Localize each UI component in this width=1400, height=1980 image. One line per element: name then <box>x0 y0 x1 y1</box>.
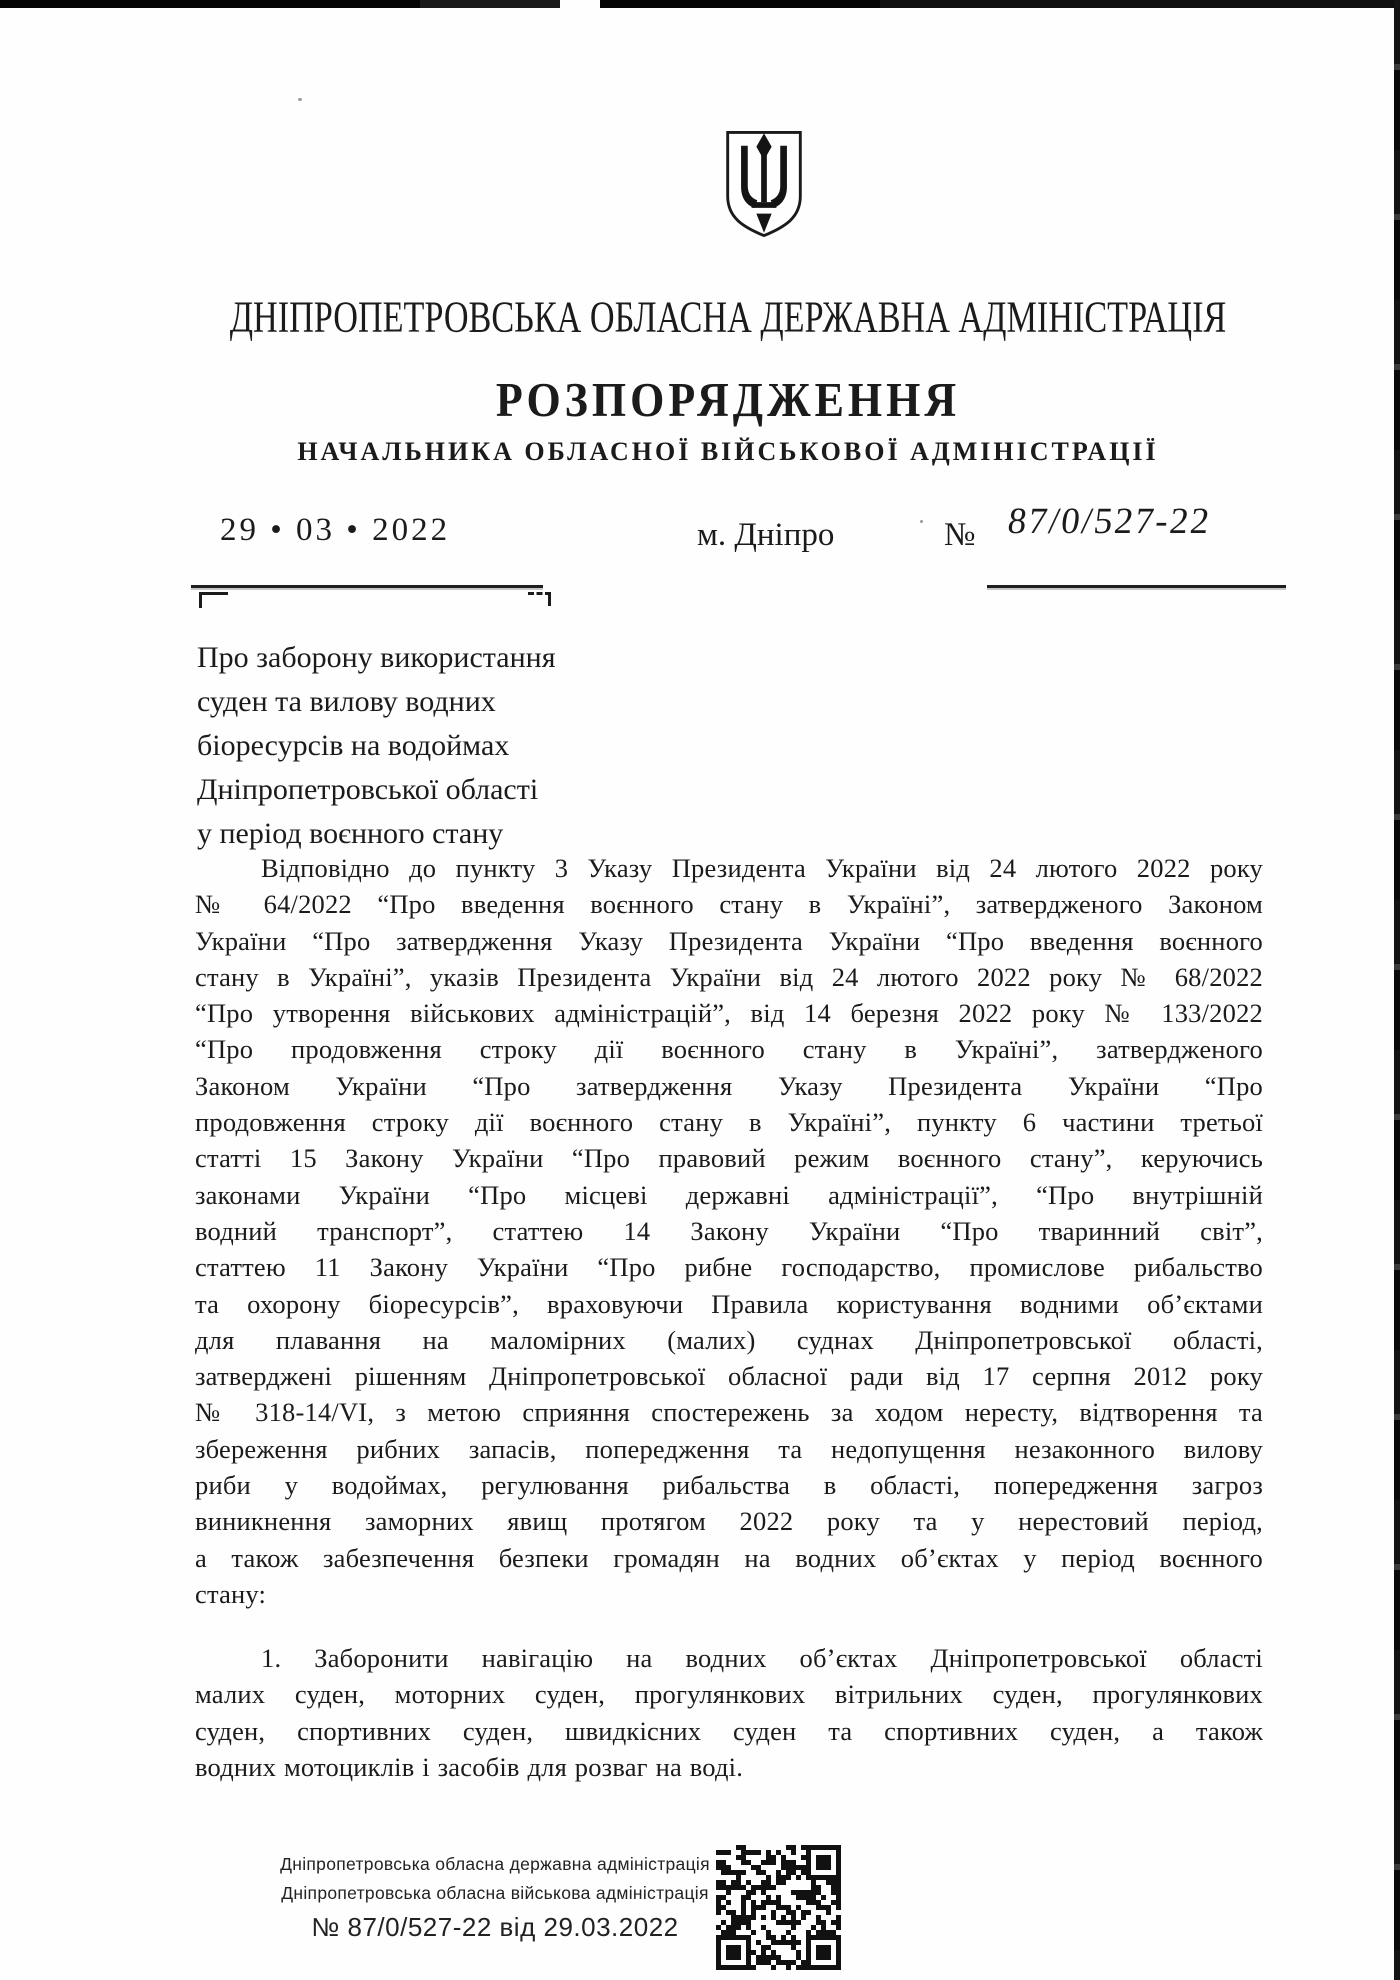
date-underline <box>191 585 543 588</box>
text-line: для плавання на маломірних (малих) судна… <box>195 1322 1263 1358</box>
trident-icon <box>721 128 807 240</box>
text-line: стану в Україні”, указів Президента Укра… <box>195 959 1263 995</box>
text-line: а також забезпечення безпеки громадян на… <box>195 1540 1263 1576</box>
text-line: № 64/2022 “Про введення воєнного стану в… <box>195 886 1263 922</box>
document-page: ДНІПРОПЕТРОВСЬКА ОБЛАСНА ДЕРЖАВНА АДМІНІ… <box>0 0 1400 1980</box>
text-line: Про заборону використання <box>197 636 697 680</box>
text-line: № 318-14/VI, з метою сприяння спостереже… <box>195 1394 1263 1430</box>
text-line: 1. Заборонити навігацію на водних об’єкт… <box>195 1640 1263 1676</box>
registration-stamp: Дніпропетровська обласна державна адміні… <box>275 1850 715 1944</box>
scan-speck <box>920 520 923 523</box>
text-line: суден та вилову водних <box>197 680 697 724</box>
text-line: стану: <box>195 1576 1263 1612</box>
text-line: продовження строку дії воєнного стану в … <box>195 1104 1263 1140</box>
ukraine-trident-emblem <box>721 128 807 240</box>
scan-speck <box>298 98 302 101</box>
document-subtitle: НАЧАЛЬНИКА ОБЛАСНОЇ ВІЙСЬКОВОЇ АДМІНІСТР… <box>56 437 1400 467</box>
corner-mark-right <box>528 592 551 606</box>
text-line: Відповідно до пункту 3 Указу Президента … <box>195 850 1263 886</box>
stamp-org-line-1: Дніпропетровська обласна державна адміні… <box>275 1850 715 1879</box>
text-line: виникнення заморних явищ протягом 2022 р… <box>195 1503 1263 1539</box>
text-line: Законом України “Про затвердження Указу … <box>195 1068 1263 1104</box>
text-line: та охорону біоресурсів”, враховуючи Прав… <box>195 1286 1263 1322</box>
text-line: статті 15 Закону України “Про правовий р… <box>195 1140 1263 1176</box>
stamp-number-date: № 87/0/527-22 від 29.03.2022 <box>275 1910 715 1944</box>
text-line: збереження рибних запасів, попередження … <box>195 1431 1263 1467</box>
text-line: малих суден, моторних суден, прогулянков… <box>195 1676 1263 1712</box>
text-line: законами України “Про місцеві державні а… <box>195 1177 1263 1213</box>
scan-artifact-top-bar <box>0 0 1400 8</box>
document-city: м. Дніпро <box>697 517 834 554</box>
stamp-org-line-2: Дніпропетровська обласна військова адмін… <box>275 1879 715 1908</box>
text-line: біоресурсів на водоймах <box>197 724 697 768</box>
text-line: “Про продовження строку дії воєнного ста… <box>195 1031 1263 1067</box>
text-line: статтею 11 Закону України “Про рибне гос… <box>195 1249 1263 1285</box>
number-sign: № <box>944 517 976 554</box>
text-line: водний транспорт”, статтею 14 Закону Укр… <box>195 1213 1263 1249</box>
org-name: ДНІПРОПЕТРОВСЬКА ОБЛАСНА ДЕРЖАВНА АДМІНІ… <box>90 291 1367 342</box>
scan-artifact-right-bar <box>1394 0 1400 1980</box>
text-line: України “Про затвердження Указу Президен… <box>195 923 1263 959</box>
text-line: затверджені рішенням Дніпропетровської о… <box>195 1358 1263 1394</box>
text-line: “Про утворення військових адміністрацій”… <box>195 995 1263 1031</box>
document-number: 87/0/527-22 <box>1005 500 1213 543</box>
document-type-title: РОЗПОРЯДЖЕННЯ <box>56 372 1400 428</box>
text-line: суден, спортивних суден, швидкісних суде… <box>195 1713 1263 1749</box>
qr-code <box>716 1845 841 1970</box>
subject-block: Про заборону використаннясуден та вилову… <box>197 636 697 856</box>
text-line: риби у водоймах, регулювання рибальства … <box>195 1467 1263 1503</box>
item-1-paragraph: 1. Заборонити навігацію на водних об’єкт… <box>195 1640 1263 1785</box>
text-line: Дніпропетровської області <box>197 768 697 812</box>
text-line: водних мотоциклів і засобів для розваг н… <box>195 1749 1263 1785</box>
intro-paragraph: Відповідно до пункту 3 Указу Президента … <box>195 850 1263 1612</box>
number-underline <box>987 585 1286 588</box>
corner-mark-left <box>199 592 228 608</box>
document-date: 29 • 03 • 2022 <box>220 512 450 549</box>
